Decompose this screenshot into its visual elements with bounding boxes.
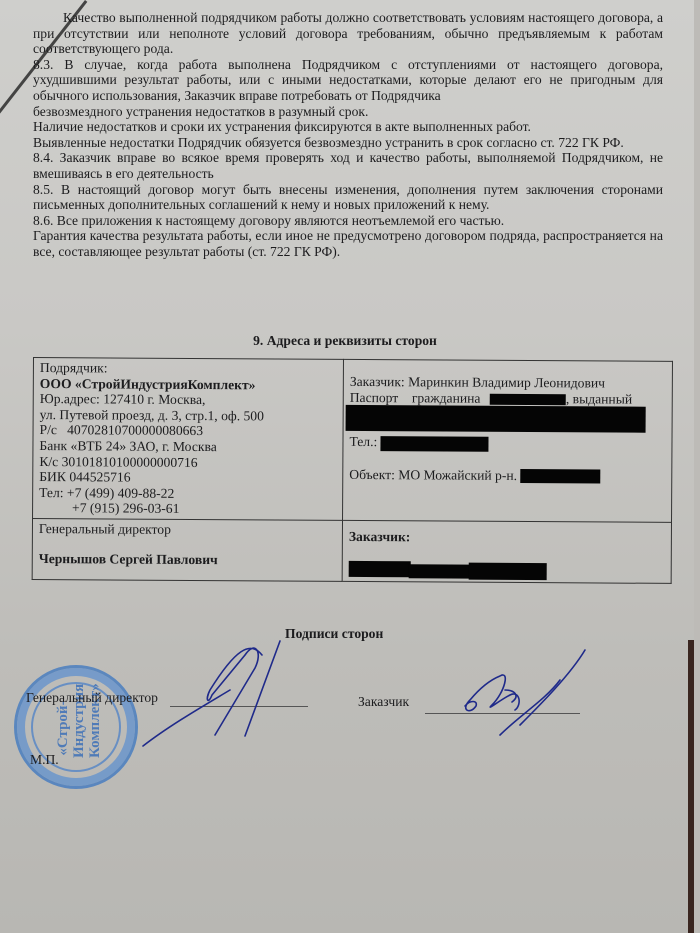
table-edge-background <box>688 640 694 933</box>
customer-signature <box>465 650 585 735</box>
director-signature <box>143 641 280 746</box>
document-page: Качество выполненной подрядчиком работы … <box>0 0 694 933</box>
handwritten-signatures <box>0 0 700 933</box>
